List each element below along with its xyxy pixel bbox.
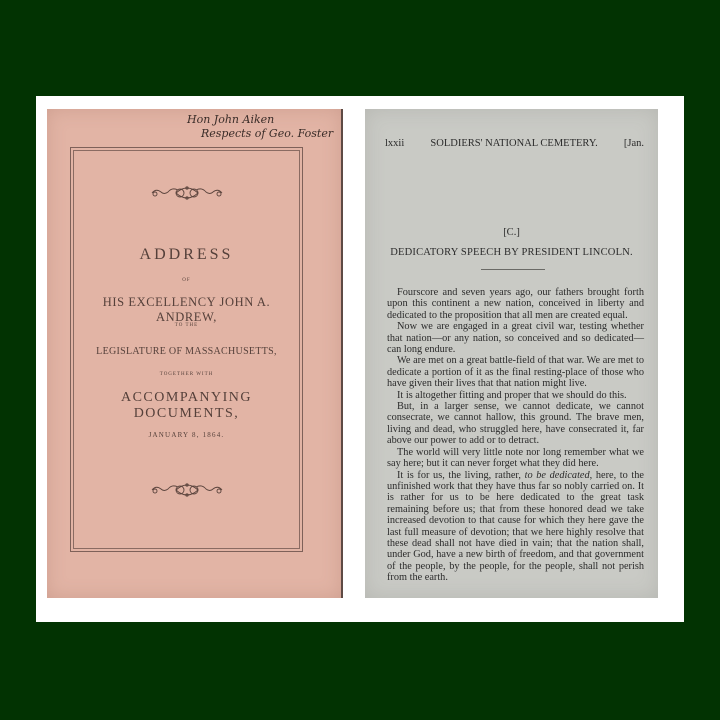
scroll-ornament-top-icon [150, 185, 224, 201]
image-panel: Hon John Aiken Respects of Geo. Foster A… [36, 96, 684, 622]
speech-body: Fourscore and seven years ago, our fathe… [387, 287, 644, 584]
cover-title: ADDRESS [74, 246, 299, 264]
page-number: lxxii [385, 138, 404, 149]
paragraph: We are met on a great battle-field of th… [387, 355, 644, 389]
cover-of: OF [74, 278, 299, 283]
cover-author: HIS EXCELLENCY JOHN A. ANDREW, [74, 295, 299, 325]
paragraph: But, in a larger sense, we cannot dedica… [387, 401, 644, 447]
cover-to-the: TO THE [74, 323, 299, 328]
cover-inner-border: ADDRESS OF HIS EXCELLENCY JOHN A. ANDREW… [73, 150, 300, 549]
final-text-italic: to be dedicated [525, 470, 590, 481]
final-text-a: It is for us, the living, rather, [397, 470, 525, 481]
cover-date: JANUARY 8, 1864. [74, 431, 299, 439]
final-text-b: , here, to the unfinished work that they… [387, 470, 644, 584]
handwritten-inscription: Hon John Aiken Respects of Geo. Foster [177, 113, 347, 141]
heading-rule [481, 269, 545, 270]
paragraph: Now we are engaged in a great civil war,… [387, 321, 644, 355]
paragraph-final: It is for us, the living, rather, to be … [387, 470, 644, 584]
inscription-line-1: Hon John Aiken [177, 113, 347, 127]
running-header: lxxii SOLDIERS' NATIONAL CEMETERY. [Jan. [385, 138, 644, 149]
speech-heading: DEDICATORY SPEECH BY PRESIDENT LINCOLN. [365, 247, 658, 258]
speech-page: lxxii SOLDIERS' NATIONAL CEMETERY. [Jan.… [365, 109, 658, 598]
inscription-line-2: Respects of Geo. Foster [177, 127, 347, 141]
cover-double-border: ADDRESS OF HIS EXCELLENCY JOHN A. ANDREW… [70, 147, 303, 552]
cover-together-with: TOGETHER WITH [74, 372, 299, 377]
cover-subtitle: ACCOMPANYING DOCUMENTS, [74, 390, 299, 422]
paragraph: The world will very little note nor long… [387, 447, 644, 470]
cover-audience: LEGISLATURE OF MASSACHUSETTS, [74, 346, 299, 357]
paragraph: Fourscore and seven years ago, our fathe… [387, 287, 644, 321]
scroll-ornament-bottom-icon [150, 482, 224, 498]
pamphlet-cover: Hon John Aiken Respects of Geo. Foster A… [47, 109, 343, 598]
running-date: [Jan. [624, 138, 644, 149]
section-label: [C.] [365, 227, 658, 238]
running-title: SOLDIERS' NATIONAL CEMETERY. [430, 138, 597, 149]
paragraph: It is altogether fitting and proper that… [387, 390, 644, 401]
